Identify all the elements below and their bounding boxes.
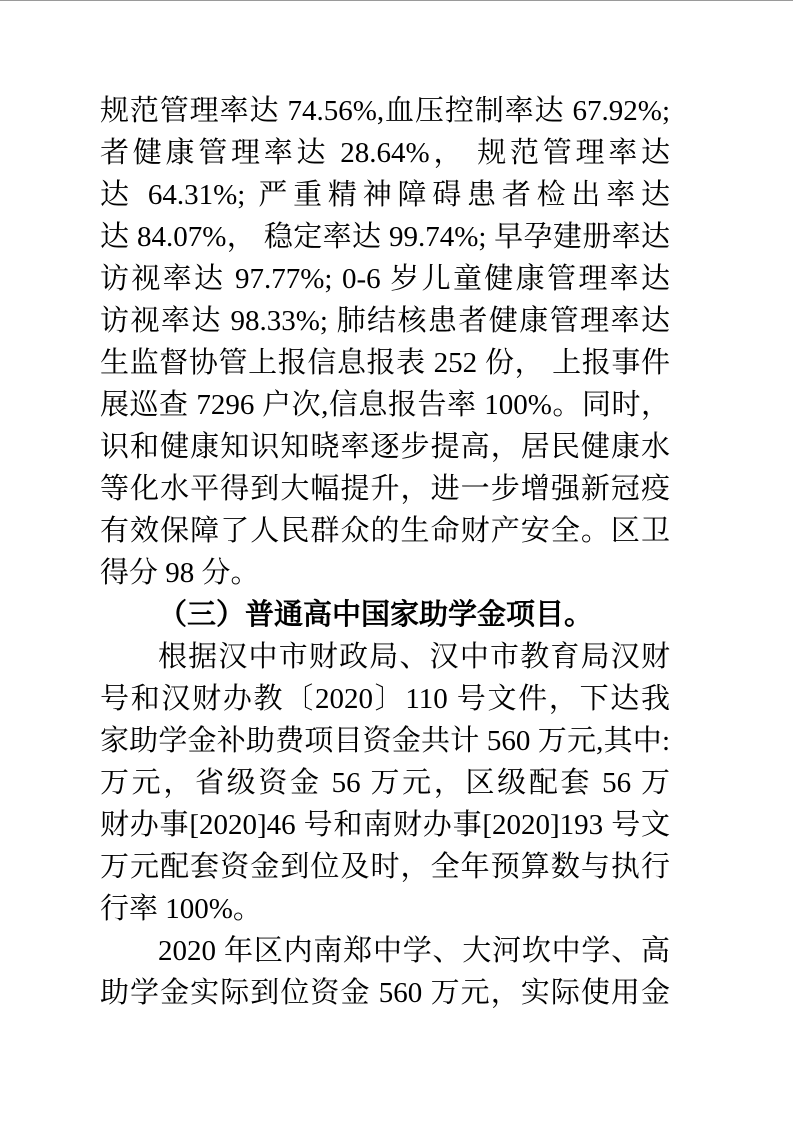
document-page: 规范管理率达 74.56%,血压控制率达 67.92%; 2 型糖尿病患 者健康… — [0, 0, 793, 1122]
body-line: 访视率达 98.33%; 肺结核患者健康管理率达 96.9% 。卫生计 — [100, 300, 670, 342]
body-line: 者健康管理率达 28.64%， 规范管理率达 71.19%,血糖控制率 — [100, 132, 670, 174]
body-line: 有效保障了人民群众的生命财产安全。区卫健局自评为优， — [100, 510, 670, 552]
body-line: 助学金实际到位资金 560 万元，实际使用金额 560 万元，共 — [100, 972, 670, 1014]
section-heading: （三）普通高中国家助学金项目。 — [100, 594, 670, 636]
body-line-paragraph-start: 2020 年区内南郑中学、大河坎中学、高台中学三所高中 — [100, 930, 670, 972]
body-line: 访视率达 97.77%; 0-6 岁儿童健康管理率达 95.23%，新生儿 — [100, 258, 670, 300]
body-line: 达 84.07%， 稳定率达 99.74%; 早孕建册率达 98.35%，产后 — [100, 216, 670, 258]
document-body: 规范管理率达 74.56%,血压控制率达 67.92%; 2 型糖尿病患 者健康… — [100, 90, 670, 1014]
body-line: 万元配套资金到位及时，全年预算数与执行数一致，预算执 — [100, 846, 670, 888]
body-line-paragraph-start: 根据汉中市财政局、汉中市教育局汉财办事〔2020〕23 — [100, 636, 670, 678]
body-line: 等化水平得到大幅提升，进一步增强新冠疫情的防控能力， — [100, 468, 670, 510]
body-line: 财办事[2020]46 号和南财办事[2020]193 号文件拨付的 56 — [100, 804, 670, 846]
body-line: 家助学金补助费项目资金共计 560 万元,其中:中央资金 448 — [100, 720, 670, 762]
body-line: 生监督协管上报信息报表 252 份， 上报事件线索 63 条， 开 — [100, 342, 670, 384]
body-line-paragraph-end: 行率 100%。 — [100, 888, 670, 930]
body-line: 识和健康知识知晓率逐步提高，居民健康水平和公共卫生均 — [100, 426, 670, 468]
body-line: 达 64.31%; 严重精神障碍患者检出率达 5.6‰， 规范管理率 — [100, 174, 670, 216]
body-line: 规范管理率达 74.56%,血压控制率达 67.92%; 2 型糖尿病患 — [100, 90, 670, 132]
page-top-edge — [0, 0, 793, 1]
body-line-paragraph-end: 得分 98 分。 — [100, 552, 670, 594]
body-line: 万元，省级资金 56 万元，区级配套 56 万元。区级资金以南 — [100, 762, 670, 804]
body-line: 号和汉财办教〔2020〕110 号文件，下达我区 2020 年高中国 — [100, 678, 670, 720]
body-line: 展巡查 7296 户次,信息报告率 100%。同时，居民健康保健意 — [100, 384, 670, 426]
